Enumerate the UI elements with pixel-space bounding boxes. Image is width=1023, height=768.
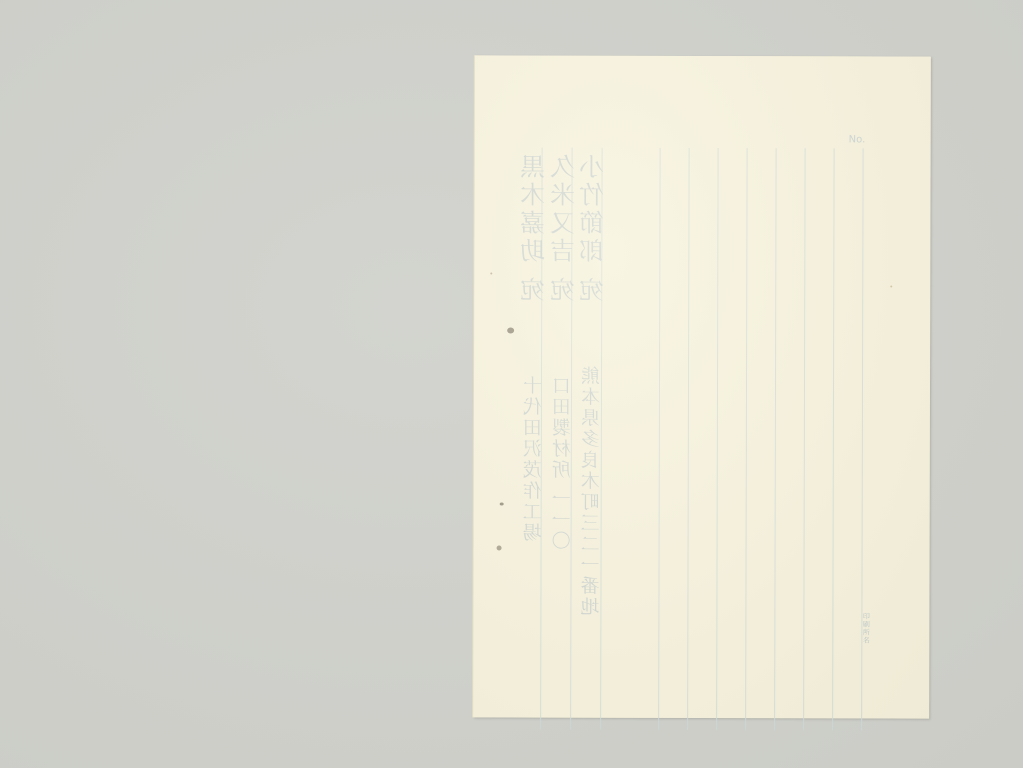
rule-line	[803, 148, 806, 730]
letter-sheet: No. 小竹節郎 宛 久米又吉 宛 黒木嘉助 宛 熊本県多良木町三二一番地 口田…	[473, 55, 931, 718]
address-column-1: 熊本県多良木町三二一番地	[577, 366, 605, 696]
rule-line	[687, 148, 690, 730]
paper-speck	[507, 327, 514, 333]
name-column-3: 黒木嘉助 宛	[516, 154, 553, 384]
rule-line	[716, 148, 719, 730]
paper-speck	[500, 502, 504, 505]
rule-line	[658, 148, 661, 730]
address-column-2: 口田製材所 一一〇	[548, 376, 576, 676]
rule-line	[745, 148, 748, 730]
rule-line	[832, 148, 835, 730]
paper-speck	[890, 285, 892, 287]
paper-speck	[490, 272, 492, 274]
number-mark: No.	[849, 134, 866, 145]
address-column-3: 十代田沢茂作工場	[519, 376, 547, 696]
rule-line	[774, 148, 777, 730]
paper-speck	[497, 545, 502, 550]
printer-mark: 印刷所名	[861, 612, 871, 644]
